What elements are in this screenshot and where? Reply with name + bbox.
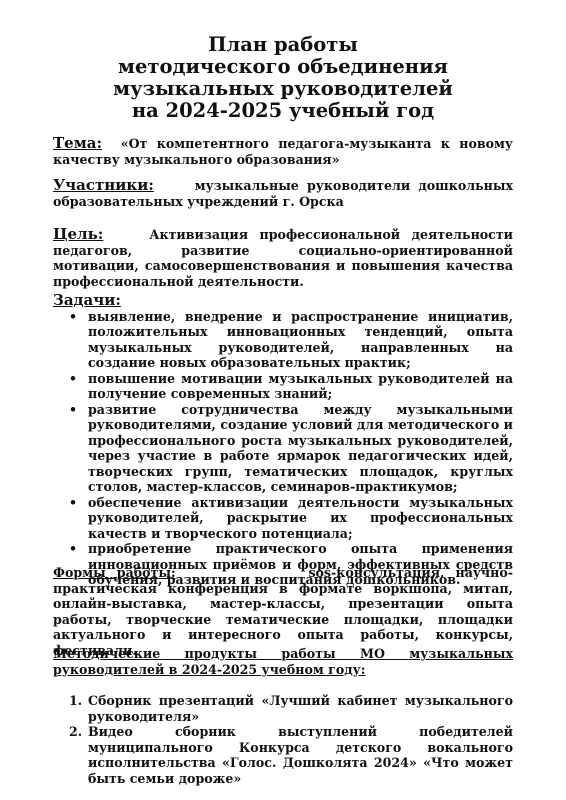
theme-label: Тема: [53,134,102,152]
goal-section: Цель: Активизация профессиональной деяте… [53,227,513,289]
task-item: выявление, внедрение и распространение и… [53,309,513,371]
forms-section: Формы работы: sos-консультация, научно-п… [53,565,513,658]
task-item: развитие сотрудничества между музыкальны… [53,402,513,495]
participants-label: Участники: [53,176,154,194]
products-section: Методические продукты работы МО музыкаль… [53,646,513,786]
task-item: повышение мотивации музыкальных руководи… [53,371,513,402]
participants-section: Участники: музыкальные руководители дошк… [53,178,513,209]
product-item: 2. Видео сборник выступлений победителей… [53,724,513,786]
goal-text: Активизация профессиональной деятельност… [53,227,513,289]
products-heading: Методические продукты работы МО музыкаль… [53,646,513,677]
product-text: Сборник презентаций «Лучший кабинет музы… [88,693,513,724]
product-text: Видео сборник выступлений победителей му… [88,724,513,786]
theme-text: «От компетентного педагога-музыканта к н… [53,136,513,167]
title-line: на 2024-2025 учебный год [53,100,513,122]
products-list: 1. Сборник презентаций «Лучший кабинет м… [53,693,513,786]
title-line: методического объединения [53,56,513,78]
tasks-list: выявление, внедрение и распространение и… [53,309,513,588]
title-line: музыкальных руководителей [53,78,513,100]
forms-label: Формы работы: [53,565,176,580]
document-title: План работы методического объединения му… [53,34,513,122]
tasks-label: Задачи: [53,291,121,309]
product-item: 1. Сборник презентаций «Лучший кабинет м… [53,693,513,724]
product-number: 2. [69,724,82,740]
title-line: План работы [53,34,513,56]
tasks-section: Задачи: выявление, внедрение и распростр… [53,293,513,588]
product-number: 1. [69,693,82,709]
theme-section: Тема: «От компетентного педагога-музыкан… [53,136,513,167]
goal-label: Цель: [53,225,103,243]
task-item: обеспечение активизации деятельности муз… [53,495,513,542]
